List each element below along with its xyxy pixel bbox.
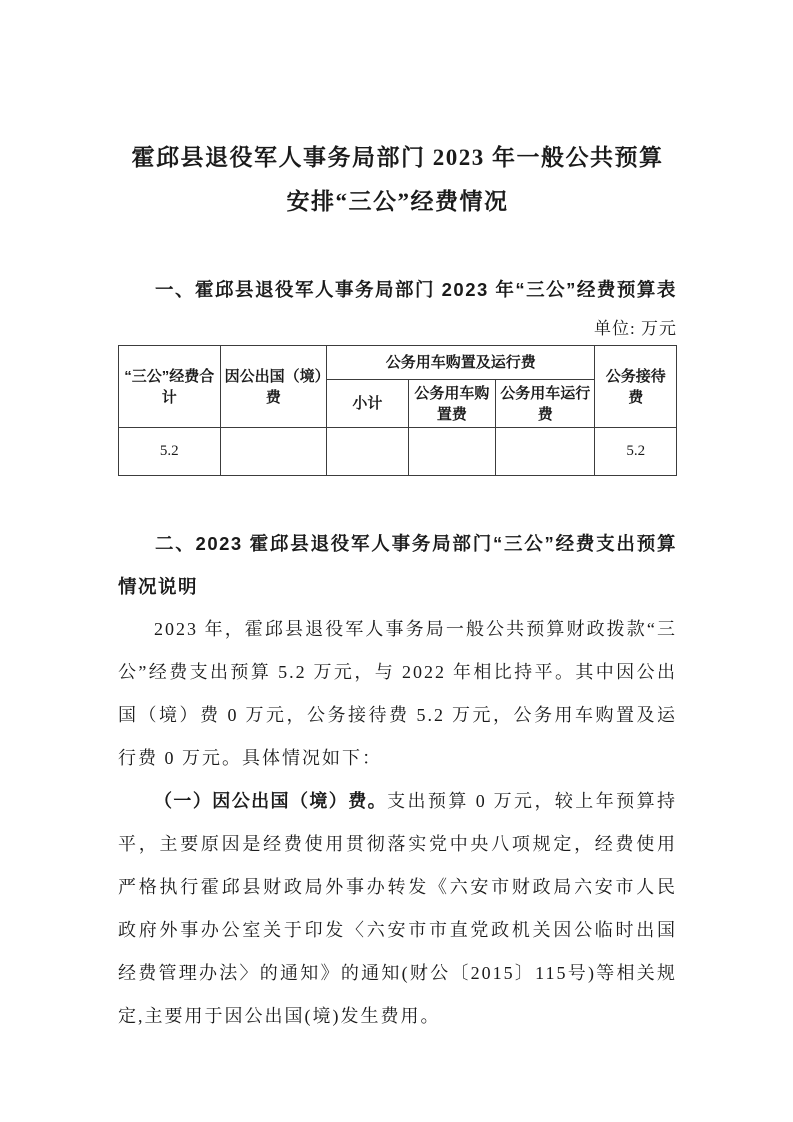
- cell-vehicle-subtotal: [327, 428, 408, 476]
- col-header-three-public-total: “三公”经费合计: [119, 346, 221, 428]
- col-header-vehicle-purchase: 公务用车购置费: [408, 380, 496, 428]
- cell-vehicle-purchase: [408, 428, 496, 476]
- paragraph-budget-overview: 2023 年，霍邱县退役军人事务局一般公共预算财政拨款“三公”经费支出预算 5.…: [118, 608, 677, 780]
- col-header-vehicle-subtotal: 小计: [327, 380, 408, 428]
- section1-heading: 一、霍邱县退役军人事务局部门 2023 年“三公”经费预算表: [118, 268, 677, 311]
- cell-vehicle-operation: [496, 428, 595, 476]
- col-header-vehicle-operation: 公务用车运行费: [496, 380, 595, 428]
- table-unit-label: 单位: 万元: [118, 317, 677, 341]
- document-page: 霍邱县退役军人事务局部门 2023 年一般公共预算 安排“三公”经费情况 一、霍…: [0, 0, 793, 1122]
- paragraph-abroad-fee-detail: （一）因公出国（境）费。支出预算 0 万元，较上年预算持平，主要原因是经费使用贯…: [118, 780, 677, 1038]
- section2-heading: 二、2023 霍邱县退役军人事务局部门“三公”经费支出预算情况说明: [118, 522, 677, 608]
- three-public-budget-table: “三公”经费合计 因公出国（境）费 公务用车购置及运行费 公务接待费 小计 公务…: [118, 345, 677, 476]
- paragraph-abroad-fee-label: （一）因公出国（境）费。: [154, 791, 387, 811]
- col-header-vehicle-group: 公务用车购置及运行费: [327, 346, 595, 380]
- cell-three-public-total: 5.2: [119, 428, 221, 476]
- document-title: 霍邱县退役军人事务局部门 2023 年一般公共预算 安排“三公”经费情况: [118, 136, 677, 224]
- table-row: 5.2 5.2: [119, 428, 677, 476]
- document-title-line2: 安排“三公”经费情况: [118, 180, 677, 224]
- col-header-reception-fee: 公务接待费: [595, 346, 677, 428]
- paragraph-abroad-fee-text: 支出预算 0 万元，较上年预算持平，主要原因是经费使用贯彻落实党中央八项规定，经…: [118, 791, 677, 1026]
- paragraph-budget-overview-text: 2023 年，霍邱县退役军人事务局一般公共预算财政拨款“三公”经费支出预算 5.…: [118, 619, 677, 768]
- col-header-abroad-fee: 因公出国（境）费: [220, 346, 327, 428]
- cell-abroad-fee: [220, 428, 327, 476]
- document-title-line1: 霍邱县退役军人事务局部门 2023 年一般公共预算: [118, 136, 677, 180]
- cell-reception-fee: 5.2: [595, 428, 677, 476]
